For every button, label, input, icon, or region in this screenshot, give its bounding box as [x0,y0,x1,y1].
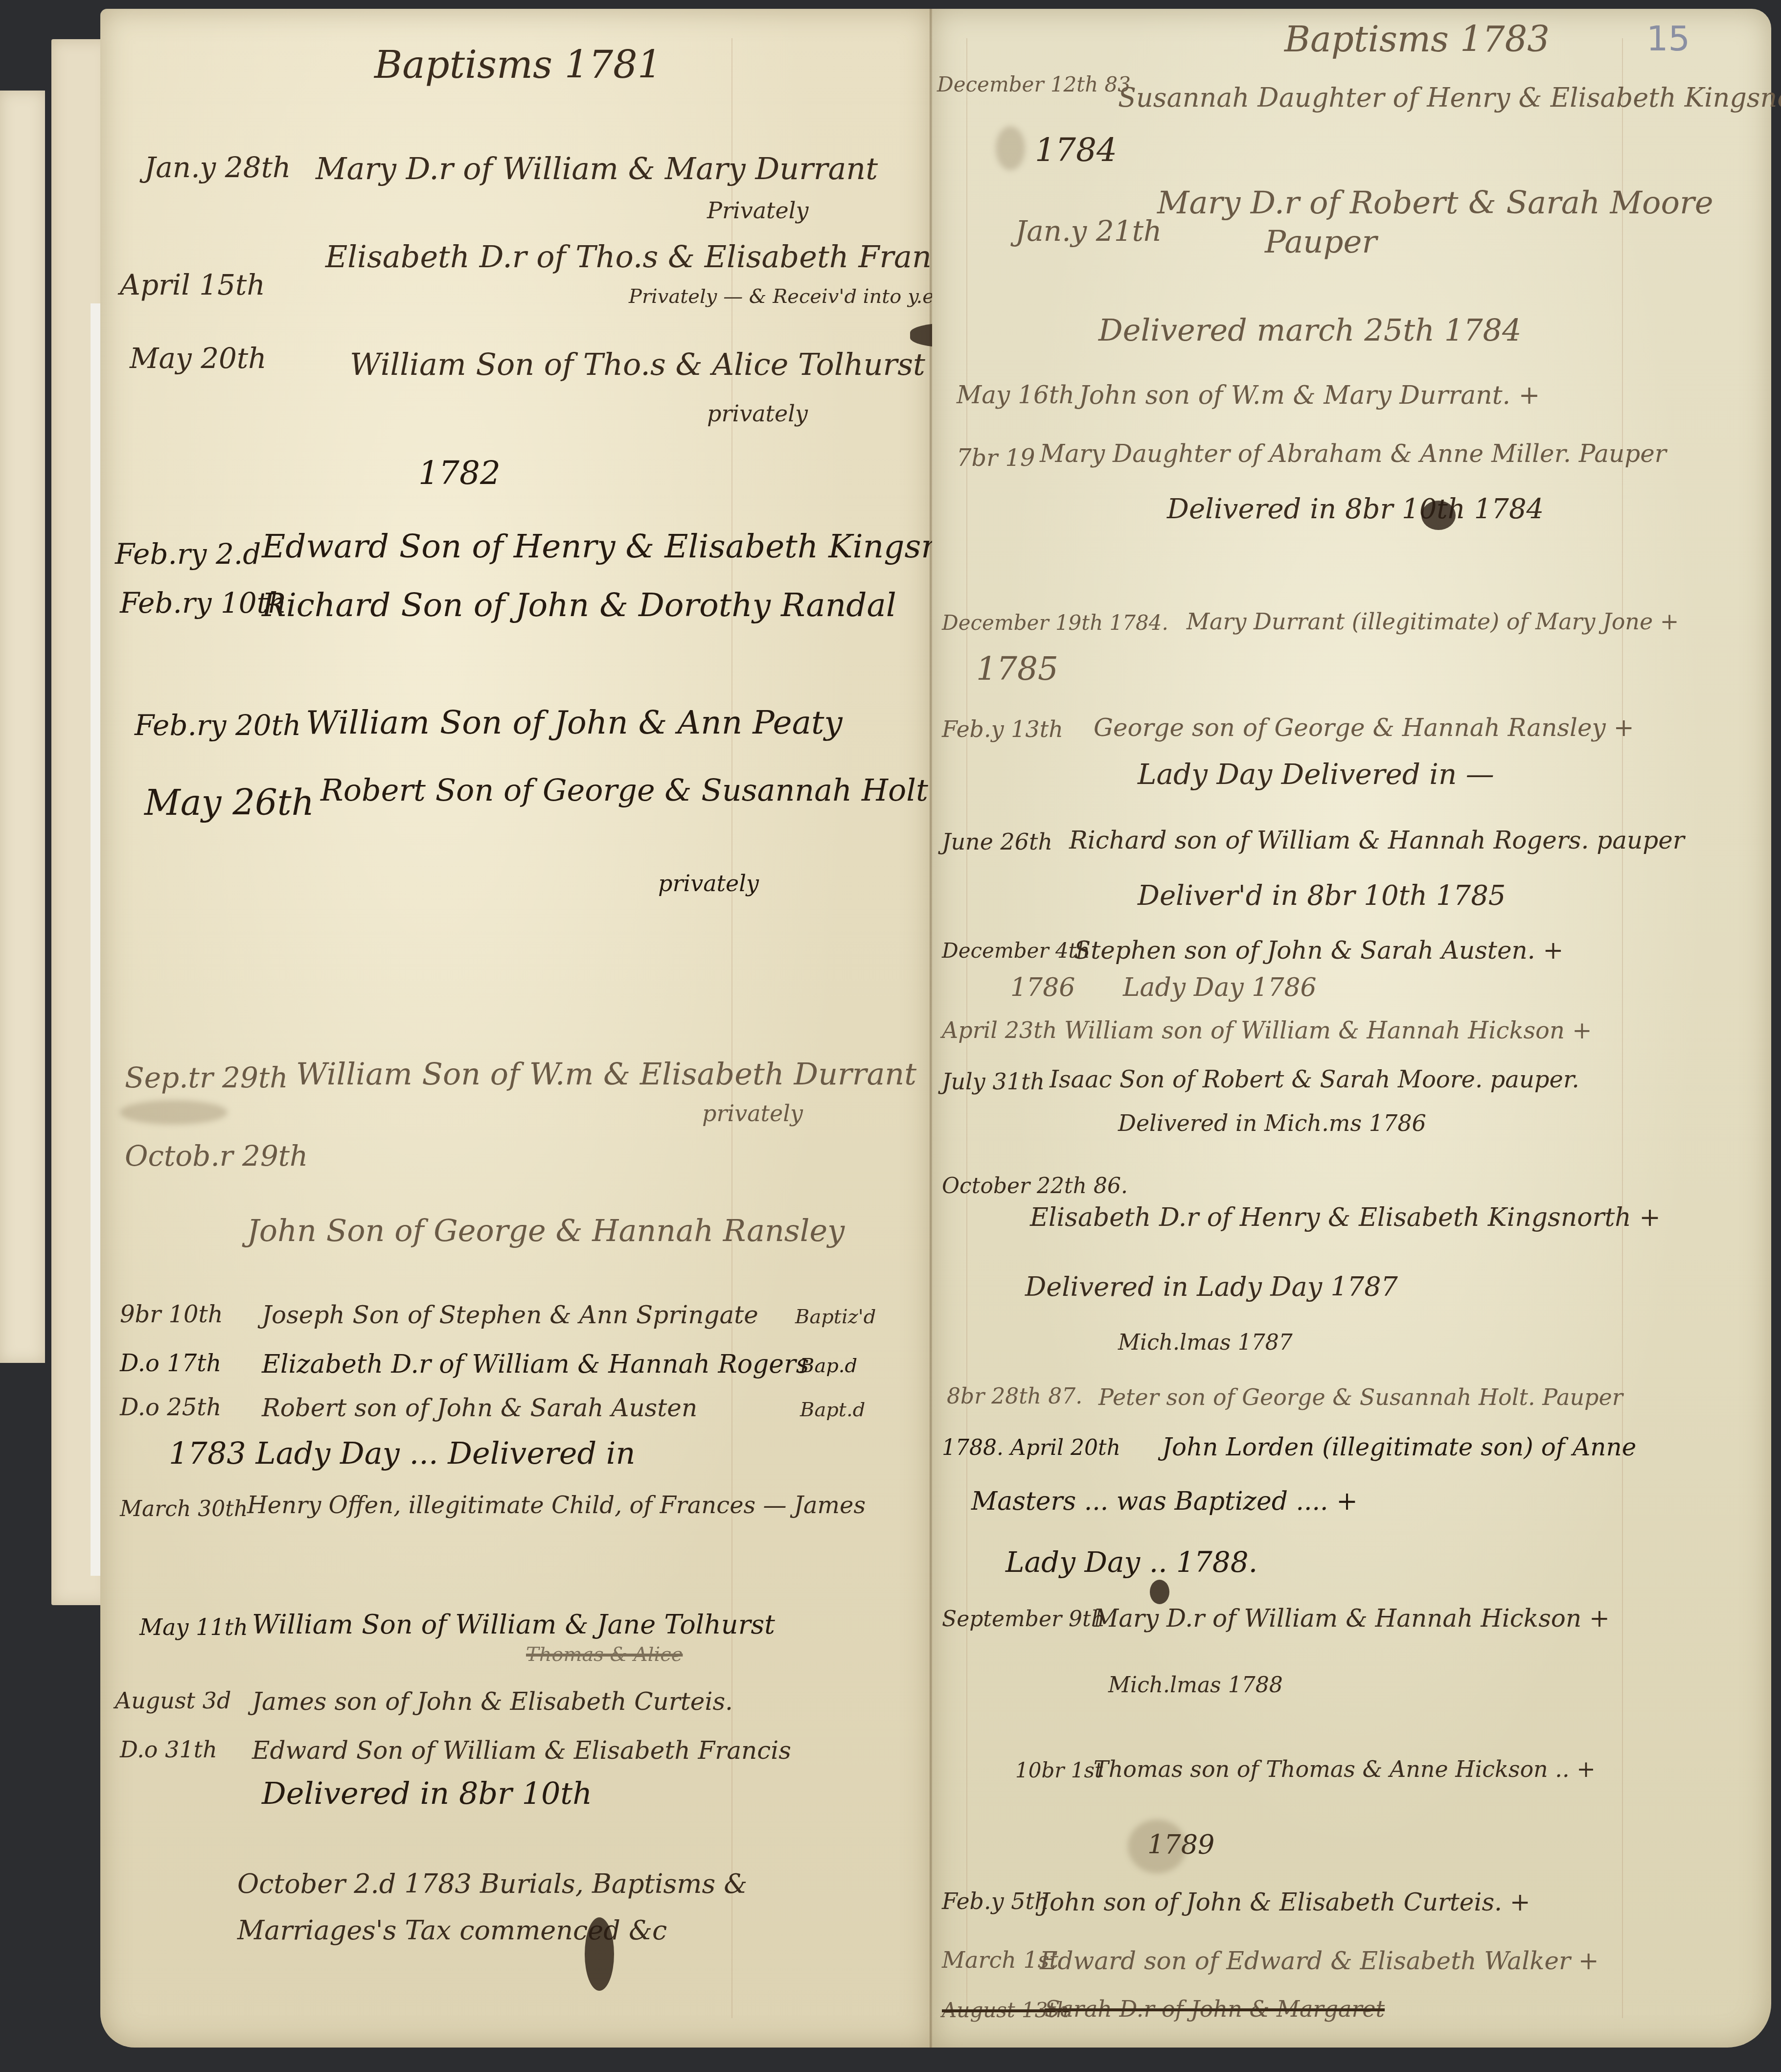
ink-smudge [120,1100,228,1125]
entry-date: June 26th [942,829,1052,855]
ink-blot [585,1917,614,1991]
entry-date: 7br 19 [957,444,1035,472]
entry-date: March 30th [120,1496,248,1521]
entry-date: D.o 31th [120,1736,217,1763]
entry-date: Jan.y 28th [144,151,291,184]
entry-date: April 15th [120,268,265,301]
entry-text: Richard Son of John & Dorothy Randal [262,586,896,624]
entry-text: Edward Son of William & Elisabeth Franci… [252,1736,791,1765]
entry-text: Elizabeth D.r of William & Hannah Rogers [262,1350,809,1379]
entry-date: Feb.ry 2.d [115,537,261,571]
period-marker: Lady Day .. 1788. [1005,1545,1257,1579]
entry-date: D.o 25th [120,1394,221,1421]
entry-note: Privately [707,197,808,224]
entry-date: 8br 28th 87. [947,1384,1082,1409]
entry-text: Robert Son of George & Susannah Holt [320,772,928,808]
entry-text: John son of W.m & Mary Durrant. + [1079,381,1540,410]
year-heading: 1782 [418,454,501,492]
right-page: 15 Baptisms 1783 December 12th 83 Susann… [932,9,1771,2048]
entry-text: William Son of John & Ann Peaty [306,704,843,741]
entry-text: William Son of William & Jane Tolhurst [252,1609,775,1640]
entry-date: Octob.r 29th [125,1139,308,1173]
delivered-marker: Delivered march 25th 1784 [1098,312,1522,348]
ink-blot [1421,501,1456,530]
entry-date: Feb.y 13th [942,716,1063,742]
entry-text: Elisabeth D.r of Henry & Elisabeth Kings… [1030,1203,1661,1232]
entry-text: Henry Offen, illegitimate Child, of Fran… [247,1492,866,1519]
page-heading: Baptisms 1783 [1284,19,1550,60]
entry-text: Isaac Son of Robert & Sarah Moore. paupe… [1050,1066,1579,1093]
entry-line: May 16th [957,381,1074,409]
entry-date: December 19th 1784. [942,611,1168,635]
entry-date: 9br 10th [120,1301,223,1328]
closing-note: October 2.d 1783 Burials, Baptisms & [237,1868,747,1899]
entry-date: 1788. April 20th [942,1435,1120,1460]
entry-text: George son of George & Hannah Ransley + [1094,714,1634,742]
entry-note: privately [658,870,759,897]
entry-text: Edward Son of Henry & Elisabeth Kingsnor… [262,528,1010,565]
entry-text: Peter son of George & Susannah Holt. Pau… [1098,1384,1623,1410]
entry-note: Bap.d [800,1355,857,1377]
entry-date: April 23th [942,1017,1057,1043]
entry-note: Bapt.d [800,1399,865,1421]
entry-text: Susannah Daughter of Henry & Elisabeth K… [1118,82,1781,113]
entry-text: Mary D.r of Robert & Sarah Moore [1157,185,1713,221]
entry-note: privately [702,1100,803,1127]
entry-text: William Son of Tho.s & Alice Tolhurst [350,346,925,382]
entry-text: John Son of George & Hannah Ransley [247,1213,845,1248]
entry-note: Baptiz'd [795,1306,876,1328]
entry-date: May 26th [144,782,314,823]
delivered-marker: Deliver'd in 8br 10th 1785 [1138,880,1506,912]
entry-text: Masters ... was Baptized .... + [971,1487,1358,1516]
entry-date: D.o 17th [120,1350,221,1377]
delivered-marker: Delivered in Mich.ms 1786 [1118,1110,1426,1136]
entry-text: Mary Durrant (illegitimate) of Mary Jone… [1187,608,1679,635]
entry-date: May 11th [139,1614,248,1640]
entry-text: Robert son of John & Sarah Austen [262,1394,697,1422]
delivered-marker: Delivered in 8br 10th 1784 [1167,493,1544,525]
entry-date: Sep.tr 29th [125,1061,288,1094]
page-heading: Baptisms 1781 [374,43,662,87]
page-number: 15 [1646,19,1690,59]
entry-text: John son of John & Elisabeth Curteis. + [1040,1888,1530,1916]
year-heading: 1784 [1035,131,1117,169]
entry-note: privately [707,400,808,427]
ruled-line [731,38,732,2018]
entry-date: September 9th [942,1607,1105,1632]
entry-text: Elisabeth D.r of Tho.s & Elisabeth Franc… [325,239,974,275]
entry-text: William Son of W.m & Elisabeth Durrant [296,1056,916,1092]
entry-text: Stephen son of John & Sarah Austen. + [1074,936,1563,965]
entry-date: May 20th [130,342,267,375]
torn-fragment [0,91,45,1363]
delivered-marker: Delivered in Lady Day 1787 [1025,1271,1398,1302]
entry-text: Mary D.r of William & Hannah Hickson + [1094,1604,1610,1633]
entry-text: Mary Daughter of Abraham & Anne Miller. … [1040,439,1667,468]
entry-date: October 22th 86. [942,1174,1128,1198]
entry-date: Feb.ry 20th [135,709,301,742]
entry-text: James son of John & Elisabeth Curteis. [252,1687,733,1716]
struck-entry-text: Sarah D.r of John & Margaret [1045,1996,1385,2022]
year-heading: 1786 [1010,973,1075,1002]
entry-date: Feb.y 5th [942,1888,1049,1914]
entry-date: August 3d [115,1687,231,1714]
entry-text: Mary D.r of William & Mary Durrant [316,151,878,186]
entry-text: Joseph Son of Stephen & Ann Springate [262,1301,758,1329]
entry-date: December 4th [942,939,1090,963]
entry-date: Jan.y 21th [1015,214,1162,248]
delivered-marker: Delivered in 8br 10th [262,1775,592,1811]
entry-text: Thomas son of Thomas & Anne Hickson .. + [1094,1756,1596,1782]
entry-text: Richard son of William & Hannah Rogers. … [1069,826,1685,854]
ruled-line [1622,38,1623,2018]
water-stain [996,126,1025,170]
entry-text: John Lorden (illegitimate son) of Anne [1162,1433,1636,1461]
year-heading: 1785 [976,650,1058,688]
entry-text: Edward son of Edward & Elisabeth Walker … [1040,1947,1599,1975]
entry-date: July 31th [942,1068,1045,1095]
delivered-marker: Lady Day Delivered in — [1138,758,1494,791]
water-stain [1128,1819,1187,1873]
period-marker: 1783 Lady Day ... Delivered in [169,1435,636,1471]
struck-names: Thomas & Alice [526,1643,683,1666]
period-marker: Mich.lmas 1787 [1118,1330,1293,1355]
ink-blot [1150,1580,1169,1604]
left-page: Baptisms 1781 Jan.y 28th Mary D.r of Wil… [100,9,932,2048]
entry-date: 10br 1st [1015,1758,1103,1782]
entry-note: Pauper [1265,224,1377,260]
period-marker: Mich.lmas 1788 [1108,1673,1283,1698]
book-spread: Baptisms 1781 Jan.y 28th Mary D.r of Wil… [0,0,1781,2072]
period-marker: Lady Day 1786 [1123,973,1317,1002]
entry-text: William son of William & Hannah Hickson … [1064,1017,1592,1044]
entry-date: December 12th 83 [937,72,1131,96]
